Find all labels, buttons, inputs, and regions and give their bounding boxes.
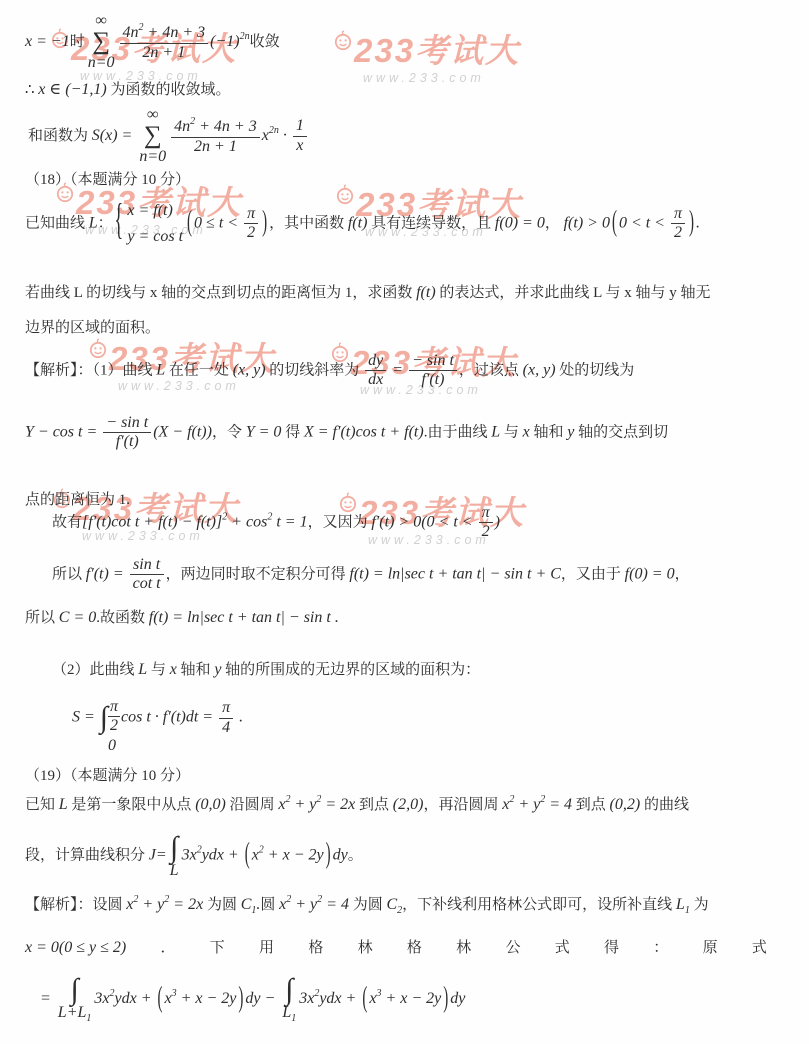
text-run: 得	[281, 425, 304, 441]
math-run: .	[235, 709, 243, 726]
numerator: π	[108, 698, 120, 716]
denominator: f′(t)	[409, 370, 457, 389]
math-run: ∞	[95, 12, 106, 29]
fraction: dydx	[363, 352, 388, 390]
sum-operator: ∞∑n=0	[88, 12, 115, 73]
text-run: 轴和	[177, 662, 215, 678]
text-run: 收敛	[250, 34, 280, 50]
text-run: 为函数的收敛域。	[107, 82, 231, 98]
math-run: f(0) = 0	[495, 214, 545, 231]
integral-operator: ∫π20	[100, 698, 120, 738]
math-run: f′(t) > 0(0 < t <	[371, 514, 476, 531]
text-run: 【解析】：（1）曲线	[25, 363, 156, 379]
fraction: π4	[217, 699, 235, 737]
math-run: x = −1	[25, 33, 70, 50]
math-run: (0,0)	[195, 796, 226, 813]
math-run: ydx +	[319, 990, 360, 1007]
math-run: S =	[72, 709, 99, 726]
math-run: n=0	[139, 148, 166, 165]
math-run: f(t) = ln|sec t + tan t| − sin t .	[149, 609, 339, 626]
denominator: cot t	[130, 574, 164, 593]
lower-limit: L1	[282, 1005, 296, 1024]
text-run: 的切线斜率为	[266, 363, 364, 379]
math-run: L	[170, 862, 179, 879]
text-run: ，又由于	[561, 567, 625, 583]
numerator: − sin t	[103, 414, 151, 432]
text-run: 轴的所围成的无边界的区域的面积为：	[221, 662, 480, 678]
text-run: 和函数为	[28, 128, 92, 144]
fraction: − sin tf′(t)	[407, 352, 459, 390]
text-run: 段，计算曲线积分	[25, 848, 149, 864]
doc-line-3: 和函数为 S(x) = ∞∑n=04n2 + 4n + 32n + 1x2n ·…	[28, 106, 309, 167]
text-run: ，下补线利用格林公式即可，设所补直线	[402, 897, 676, 913]
big-paren: )	[238, 980, 243, 1019]
integral-operator: ∫L+L1	[58, 975, 92, 1024]
math-run: + 4n + 3	[144, 24, 206, 41]
doc-line-20: x = 0(0 ≤ y ≤ 2)．下用格林格林公式得：原式	[25, 938, 767, 959]
brace-icon: {	[114, 196, 123, 252]
text-run: 与	[147, 662, 170, 678]
math-run: 1	[296, 117, 304, 134]
doc-line-15: S = ∫π20cos t · f′(t)dt = π4 .	[72, 698, 243, 738]
doc-line-4: （18）（本题满分 10 分）	[25, 170, 190, 191]
sigma-symbol: ∑	[139, 124, 166, 148]
math-run: dx	[368, 371, 383, 388]
math-run: 2	[247, 224, 255, 241]
big-paren: )	[326, 837, 331, 876]
math-run: x	[252, 847, 259, 864]
math-run: f′(t)	[116, 433, 139, 450]
text-run: （19）（本题满分 10 分）	[25, 768, 190, 784]
doc-line-12: 所以 f′(t) = sin tcot t，两边同时取不定积分可得 f(t) =…	[52, 556, 690, 594]
math-run: 2n + 1	[142, 44, 185, 61]
text-run: .由于曲线	[424, 425, 492, 441]
text-run: 格	[308, 939, 323, 959]
math-run: + y	[514, 796, 540, 813]
math-run: x ∈ (−1,1)	[38, 81, 106, 98]
text-run: 具有连续导数，且	[367, 215, 495, 231]
math-run: 3x	[182, 847, 197, 864]
big-paren: (	[362, 980, 367, 1019]
text-run: 下	[210, 939, 225, 959]
math-run: sin t	[133, 556, 160, 573]
math-run: (x, y)	[233, 362, 266, 379]
document-page: 233考试大www.233.com233考试大www.233.com233考试大…	[0, 0, 809, 1044]
lower-limit: n=0	[88, 54, 115, 72]
math-run: 2n + 1	[194, 138, 237, 155]
big-paren: (	[187, 204, 192, 243]
big-paren: (	[158, 980, 163, 1019]
numerator: π	[479, 504, 493, 522]
math-run: n=0	[88, 54, 115, 71]
text-run: 处的切线为	[556, 363, 635, 379]
numerator: sin t	[130, 556, 164, 574]
text-run: 已知曲线	[25, 215, 89, 231]
math-run: 3x	[299, 990, 314, 1007]
integral-symbol: ∫	[58, 975, 92, 1005]
math-run: = 2x	[169, 896, 203, 913]
math-run: π	[247, 205, 255, 222]
denominator: f′(t)	[103, 432, 151, 451]
text-run: ，	[545, 215, 564, 231]
math-run: )	[495, 514, 500, 531]
math-run: 4n	[174, 118, 190, 135]
text-run: 在任一处	[165, 363, 233, 379]
math-run: Y = 0	[246, 424, 282, 441]
math-run: cos t · f′(t)dt =	[121, 709, 217, 726]
text-run: 的表达式，并求此曲线 L 与 x 轴与 y 轴无	[436, 285, 711, 301]
superscript: 2n	[269, 125, 279, 136]
text-run: ：	[98, 215, 113, 231]
math-run: ydx +	[115, 990, 156, 1007]
math-run: y = cos t	[127, 228, 183, 245]
big-paren: )	[689, 204, 694, 243]
text-run: 轴的交点到切	[574, 425, 668, 441]
math-run: L+L	[58, 1004, 87, 1021]
math-run: J=	[149, 847, 167, 864]
math-run: 2	[482, 523, 490, 540]
text-run: 是第一象限中从点	[68, 797, 196, 813]
big-paren: )	[443, 980, 448, 1019]
text-run: ，	[675, 567, 690, 583]
math-run: 2	[110, 717, 118, 734]
doc-line-14: （2）此曲线 L 与 x 轴和 y 轴的所围成的无边界的区域的面积为：	[52, 660, 480, 681]
subscript: 1	[291, 1013, 296, 1024]
text-run: ，两边同时取不定积分可得	[166, 567, 350, 583]
text-run: 式	[555, 939, 570, 959]
math-run: x	[296, 137, 303, 154]
math-run: L	[59, 796, 68, 813]
text-run: 故有	[52, 515, 82, 531]
math-run: L	[491, 424, 500, 441]
math-run: C	[241, 896, 252, 913]
text-run: 的曲线	[640, 797, 689, 813]
math-run: x	[523, 424, 530, 441]
math-run: − sin t	[106, 414, 148, 431]
text-run: 【解析】：设圆	[25, 897, 126, 913]
math-run: [f′(t)cot t + f(t) − f(t)]	[82, 514, 222, 531]
math-run: 0	[108, 737, 116, 754]
fraction: 1x	[291, 117, 309, 155]
math-run: = 4	[322, 896, 349, 913]
math-run: =	[388, 362, 407, 379]
doc-line-17: 已知 L 是第一象限中从点 (0,0) 沿圆周 x2 + y2 = 2x 到点 …	[25, 793, 689, 816]
math-run: f(0) = 0	[625, 566, 675, 583]
math-run: + 4n + 3	[195, 118, 257, 135]
math-run: 3x	[94, 990, 109, 1007]
big-paren: )	[262, 204, 267, 243]
text-run: ，又因为	[308, 515, 372, 531]
numerator: 1	[293, 117, 307, 135]
math-run: x	[170, 661, 177, 678]
denominator: 2n + 1	[171, 137, 260, 156]
text-run: ，令	[212, 425, 246, 441]
text-run: （18）（本题满分 10 分）	[25, 172, 190, 188]
text-run: 所以	[52, 567, 86, 583]
math-run: = 4	[545, 796, 572, 813]
sum-operator: ∞∑n=0	[139, 106, 166, 167]
text-run: 边界的区域的面积。	[25, 320, 160, 336]
math-run: = 2x	[321, 796, 355, 813]
text-run: 轴和	[530, 425, 568, 441]
cases-row: x = f(t)	[127, 198, 183, 224]
lower-limit: L	[170, 863, 179, 879]
text-run: 得	[604, 939, 619, 959]
cases-group: {x = f(t)y = cos t	[115, 198, 183, 249]
text-run: 。	[348, 848, 363, 864]
math-run: (2,0)	[393, 796, 424, 813]
math-run: + x − 2y	[264, 847, 324, 864]
lower-limit: L+L1	[58, 1005, 92, 1024]
doc-line-8: 【解析】：（1）曲线 L 在任一处 (x, y) 的切线斜率为 dydx = −…	[25, 352, 634, 390]
text-run: 所以	[25, 610, 59, 626]
math-run: f′(t)	[421, 371, 444, 388]
math-run: + cos	[227, 514, 267, 531]
math-run: x = f(t)	[127, 202, 172, 219]
math-run: x = 0(0 ≤ y ≤ 2)	[25, 938, 126, 959]
lower-limit: 0	[108, 736, 120, 757]
math-run: S(x) =	[92, 127, 137, 144]
text-run: 若曲线 L 的切线与 x 轴的交点到切点的距离恒为 1，求函数	[25, 285, 416, 301]
doc-line-19: 【解析】：设圆 x2 + y2 = 2x 为圆 C1.圆 x2 + y2 = 4…	[25, 893, 709, 917]
denominator: 2	[244, 223, 258, 242]
lower-limit: n=0	[139, 148, 166, 166]
math-run: cot t	[133, 575, 161, 592]
text-run: 为圆	[349, 897, 387, 913]
math-run: L	[676, 896, 685, 913]
math-run: ydx +	[202, 847, 243, 864]
doc-line-21: = ∫L+L13x2ydx + (x3 + x − 2y)dy − ∫L13x2…	[40, 975, 465, 1024]
text-run: 到点	[572, 797, 610, 813]
doc-line-1: x = −1时∞∑n=04n2 + 4n + 32n + 1(−1)2n收敛	[25, 12, 280, 73]
subscript: 1	[86, 1013, 91, 1024]
integral-limits: π20	[108, 698, 120, 738]
numerator: π	[219, 699, 233, 717]
big-paren: (	[612, 204, 617, 243]
fraction: π2	[108, 698, 120, 736]
math-run: =	[40, 990, 55, 1007]
denominator: 2	[671, 223, 685, 242]
integral-symbol: ∫	[100, 701, 108, 734]
text-run: 林	[358, 939, 373, 959]
math-run: x	[262, 127, 269, 144]
math-run: f(t) > 0	[564, 214, 610, 231]
math-run: 4n	[123, 24, 139, 41]
math-run: π	[222, 699, 230, 716]
denominator: 2	[479, 522, 493, 541]
numerator: π	[671, 205, 685, 223]
math-run: C = 0	[59, 609, 96, 626]
doc-line-18: 段，计算曲线积分 J=∫L3x2ydx + (x2 + x − 2y)dy。	[25, 833, 363, 879]
math-run: f(t) = ln|sec t + tan t| − sin t + C	[349, 566, 561, 583]
fraction: 4n2 + 4n + 32n + 1	[118, 22, 211, 62]
math-run: (0,2)	[610, 796, 641, 813]
fraction: − sin tf′(t)	[101, 414, 153, 452]
doc-line-7: 边界的区域的面积。	[25, 318, 160, 339]
text-run: .故函数	[96, 610, 149, 626]
numerator: 4n2 + 4n + 3	[120, 22, 209, 42]
integral-operator: ∫L	[170, 833, 179, 879]
math-run: + y	[290, 796, 316, 813]
math-run: + y	[291, 896, 317, 913]
math-run: L	[282, 1004, 291, 1021]
text-run: ∴	[25, 82, 38, 98]
doc-line-6: 若曲线 L 的切线与 x 轴的交点到切点的距离恒为 1，求函数 f(t) 的表达…	[25, 283, 711, 304]
denominator: dx	[365, 370, 386, 389]
math-run: f(t)	[348, 214, 368, 231]
math-run: 0 ≤ t <	[194, 214, 242, 231]
sigma-symbol: ∑	[88, 30, 115, 54]
text-run: ：	[653, 939, 668, 959]
text-run: ，过该点	[459, 363, 523, 379]
text-run: ．	[160, 939, 175, 959]
math-run: t = 1	[272, 514, 307, 531]
doc-line-11: 故有[f′(t)cot t + f(t) − f(t)]2 + cos2 t =…	[52, 504, 500, 542]
math-run: π	[674, 205, 682, 222]
fraction: π2	[477, 504, 495, 542]
text-run: 沿圆周	[226, 797, 279, 813]
text-run: 时	[70, 34, 85, 50]
doc-line-16: （19）（本题满分 10 分）	[25, 766, 190, 787]
fraction: π2	[669, 205, 687, 243]
math-run: ∞	[147, 106, 158, 123]
math-run: (X − f(t))	[153, 424, 212, 441]
big-paren: (	[245, 837, 250, 876]
text-run: 公	[505, 939, 520, 959]
math-run: (−1)	[210, 33, 239, 50]
text-run: 式	[752, 939, 767, 959]
text-run: 林	[456, 939, 471, 959]
math-content: x = −1时∞∑n=04n2 + 4n + 32n + 1(−1)2n收敛∴ …	[0, 0, 809, 1044]
cases-column: x = f(t)y = cos t	[127, 198, 183, 249]
math-run: X = f′(t)cos t + f(t)	[304, 424, 424, 441]
math-run: − sin t	[412, 352, 454, 369]
math-run: L	[156, 362, 165, 379]
denominator: 4	[219, 718, 233, 737]
text-run: 格	[407, 939, 422, 959]
doc-line-13: 所以 C = 0.故函数 f(t) = ln|sec t + tan t| − …	[25, 608, 339, 629]
text-run: 已知	[25, 797, 59, 813]
integral-symbol: ∫	[282, 975, 296, 1005]
math-run: f′(t) =	[86, 566, 128, 583]
fraction: π2	[242, 205, 260, 243]
math-run: L	[89, 214, 98, 231]
math-run: 2	[674, 224, 682, 241]
numerator: dy	[365, 352, 386, 370]
numerator: π	[244, 205, 258, 223]
text-run: ，其中函数	[269, 215, 348, 231]
math-run: (x, y)	[523, 362, 556, 379]
math-run: dy	[450, 990, 465, 1007]
text-run: 与	[500, 425, 523, 441]
denominator: x	[293, 136, 307, 155]
math-run: C	[386, 896, 397, 913]
text-run: 圆	[260, 897, 279, 913]
math-run: π	[482, 504, 490, 521]
math-run: ·	[279, 127, 291, 144]
denominator: 2	[108, 716, 120, 735]
fraction: sin tcot t	[128, 556, 166, 594]
math-run: L	[138, 661, 147, 678]
numerator: 4n2 + 4n + 3	[171, 116, 260, 136]
text-run: 为	[690, 897, 709, 913]
doc-line-5: 已知曲线 L：{x = f(t)y = cos t(0 ≤ t < π2)，其中…	[25, 198, 700, 249]
integral-symbol: ∫	[170, 833, 179, 863]
text-run: 到点	[355, 797, 393, 813]
cases-row: y = cos t	[127, 224, 183, 250]
math-run: + x − 2y	[381, 990, 441, 1007]
math-run: dy	[333, 847, 348, 864]
math-run: f(t)	[416, 284, 436, 301]
text-run: 用	[259, 939, 274, 959]
math-run: + y	[138, 896, 164, 913]
math-run: x	[165, 990, 172, 1007]
numerator: − sin t	[409, 352, 457, 370]
math-run: dy −	[245, 990, 279, 1007]
superscript: 2n	[240, 31, 250, 42]
text-run: ，再沿圆周	[423, 797, 502, 813]
fraction: 4n2 + 4n + 32n + 1	[169, 116, 262, 156]
math-run: 0 < t <	[619, 214, 669, 231]
doc-line-2: ∴ x ∈ (−1,1) 为函数的收敛域。	[25, 80, 230, 101]
text-run: （2）此曲线	[52, 662, 138, 678]
text-run: 为圆	[203, 897, 241, 913]
math-run: Y − cos t =	[25, 424, 101, 441]
math-run: 4	[222, 719, 230, 736]
denominator: 2n + 1	[120, 43, 209, 62]
doc-line-9: Y − cos t = − sin tf′(t)(X − f(t))，令 Y =…	[25, 414, 668, 452]
text-run: 原	[703, 939, 718, 959]
math-run: .	[696, 214, 700, 231]
math-run: π	[110, 698, 118, 715]
integral-operator: ∫L1	[282, 975, 296, 1024]
math-run: dy	[368, 352, 383, 369]
math-run: + x − 2y	[177, 990, 237, 1007]
upper-limit: π2	[108, 698, 120, 736]
